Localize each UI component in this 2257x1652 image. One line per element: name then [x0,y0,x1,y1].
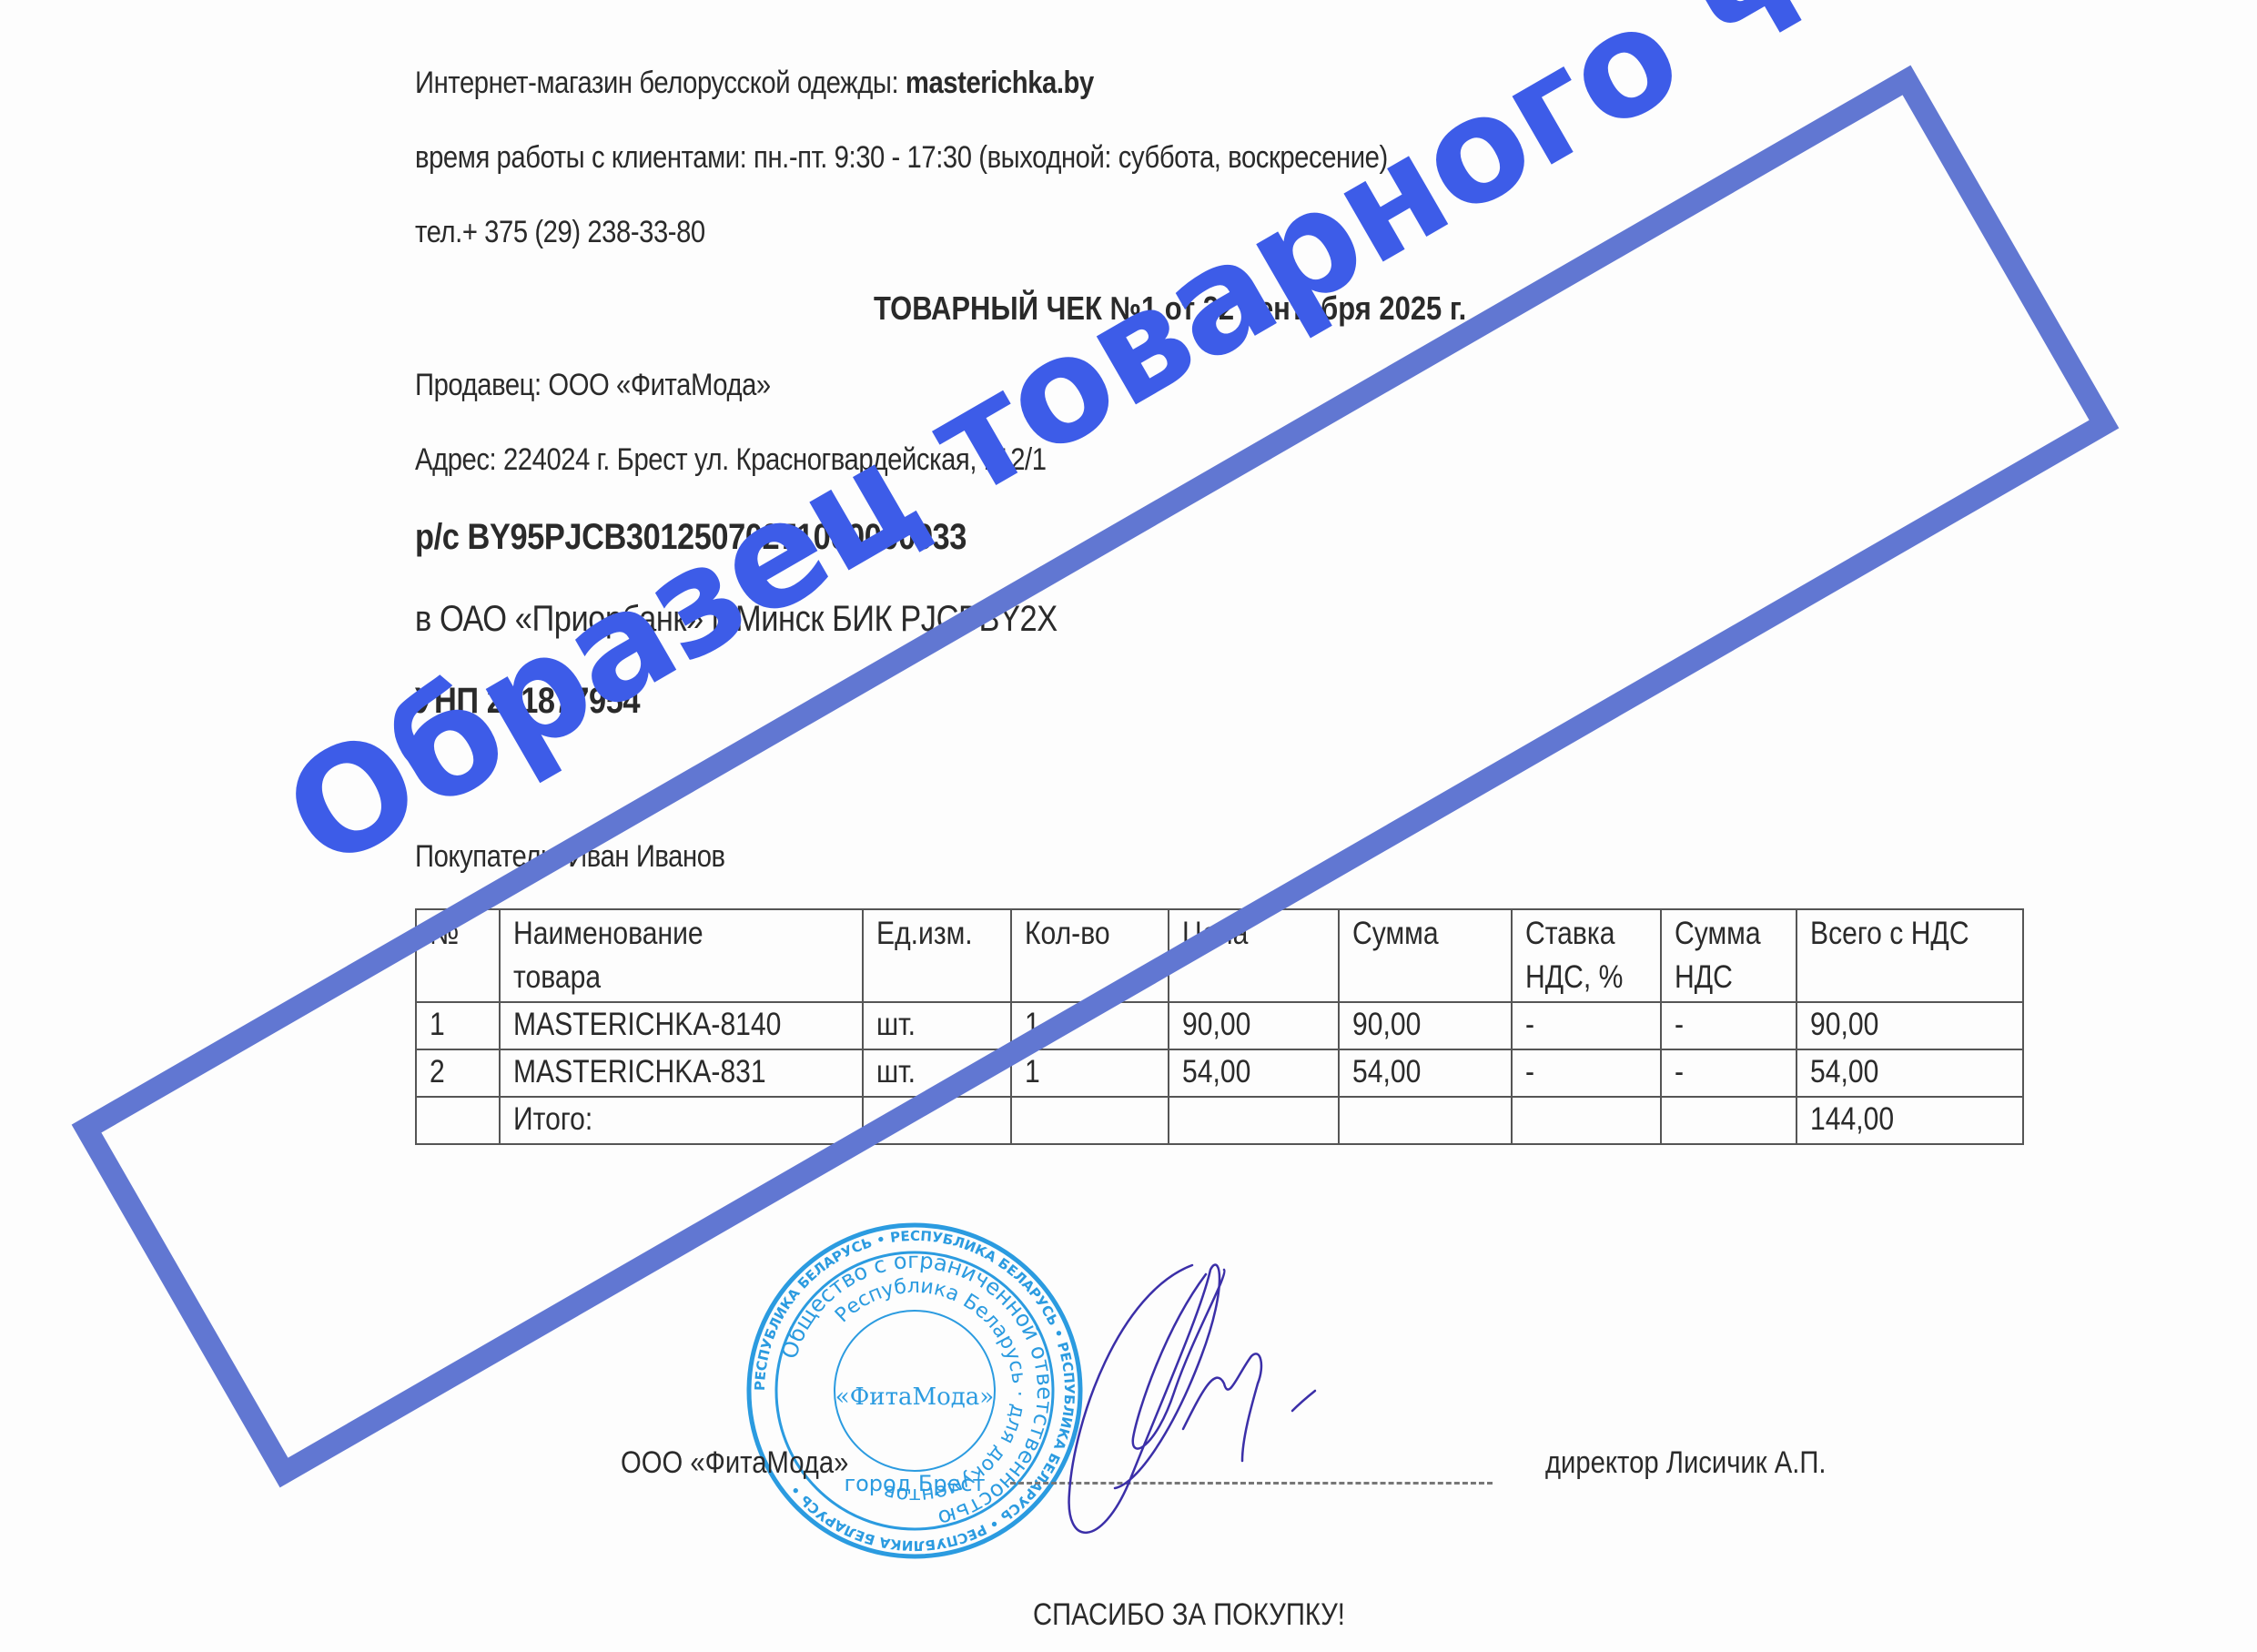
table-row: 2MASTERICHKA-831шт.154,0054,00--54,00 [416,1049,2023,1097]
items-table: №НаименованиетовараЕд.изм.Кол-воЦенаСумм… [415,908,2024,1145]
column-header-label: Сумма [1352,912,1439,956]
phone: тел.+ 375 (29) 238-33-80 [415,215,705,250]
table-cell: - [1512,1002,1661,1049]
table-cell: - [1512,1049,1661,1097]
table-cell: 1 [1011,1049,1169,1097]
table-cell: 54,00 [1339,1049,1512,1097]
shop-line: Интернет-магазин белорусской одежды: mas… [415,66,1094,101]
column-header-label: Наименованиетовара [513,912,703,999]
table-row: 1MASTERICHKA-8140шт.190,0090,00--90,00 [416,1002,2023,1049]
working-hours: время работы с клиентами: пн.-пт. 9:30 -… [415,140,1388,176]
table-total-row: Итого:144,00 [416,1097,2023,1144]
column-header-label: СуммаНДС [1675,912,1761,999]
column-header-label: СтавкаНДС, % [1525,912,1623,999]
table-cell [1339,1097,1512,1144]
table-cell: 1 [416,1002,500,1049]
thanks-message: СПАСИБО ЗА ПОКУПКУ! [1033,1597,1345,1633]
table-cell [1661,1097,1796,1144]
table-cell: 2 [416,1049,500,1097]
column-header: СуммаНДС [1661,909,1796,1002]
column-header-label: Ед.изм. [876,912,973,956]
company-stamp: РЕСПУБЛИКА БЕЛАРУСЬ • РЕСПУБЛИКА БЕЛАРУС… [742,1218,1088,1564]
table-cell [416,1097,500,1144]
shop-line-prefix: Интернет-магазин белорусской одежды: [415,66,906,100]
table-cell [1512,1097,1661,1144]
column-header: Всего с НДС [1796,909,2023,1002]
table-cell [1169,1097,1339,1144]
table-cell: 1 [1011,1002,1169,1049]
table-cell: MASTERICHKA-8140 [500,1002,863,1049]
seller: Продавец: ООО «ФитаМода» [415,368,771,403]
column-header: Наименованиетовара [500,909,863,1002]
table-cell: 54,00 [1169,1049,1339,1097]
column-header: № [416,909,500,1002]
table-cell: MASTERICHKA-831 [500,1049,863,1097]
column-header: Цена [1169,909,1339,1002]
table-cell [1011,1097,1169,1144]
column-header: Кол-во [1011,909,1169,1002]
column-header-label: Всего с НДС [1810,912,1969,956]
table-cell: 90,00 [1796,1002,2023,1049]
table-cell: 90,00 [1339,1002,1512,1049]
column-header: СтавкаНДС, % [1512,909,1661,1002]
table-cell: - [1661,1002,1796,1049]
table-cell: шт. [863,1002,1011,1049]
footer-director: директор Лисичик А.П. [1545,1445,1826,1481]
svg-text:город Брест: город Брест [844,1471,985,1496]
table-cell: - [1661,1049,1796,1097]
column-header-label: Цена [1182,912,1248,956]
table-header-row: №НаименованиетовараЕд.изм.Кол-воЦенаСумм… [416,909,2023,1002]
table-cell: шт. [863,1049,1011,1097]
total-label: Итого: [500,1097,863,1144]
table-cell [863,1097,1011,1144]
column-header-label: Кол-во [1025,912,1110,956]
column-header-label: № [430,912,459,956]
table-cell: 90,00 [1169,1002,1339,1049]
footer-company: ООО «ФитаМода» [621,1445,848,1481]
signature [1047,1256,1465,1556]
shop-site: masterichka.by [906,66,1094,100]
column-header: Ед.изм. [863,909,1011,1002]
column-header: Сумма [1339,909,1512,1002]
buyer: Покупатель: Иван Иванов [415,839,725,875]
total-value: 144,00 [1796,1097,2023,1144]
stamp-center-text: «ФитаМода» [835,1383,994,1411]
table-cell: 54,00 [1796,1049,2023,1097]
